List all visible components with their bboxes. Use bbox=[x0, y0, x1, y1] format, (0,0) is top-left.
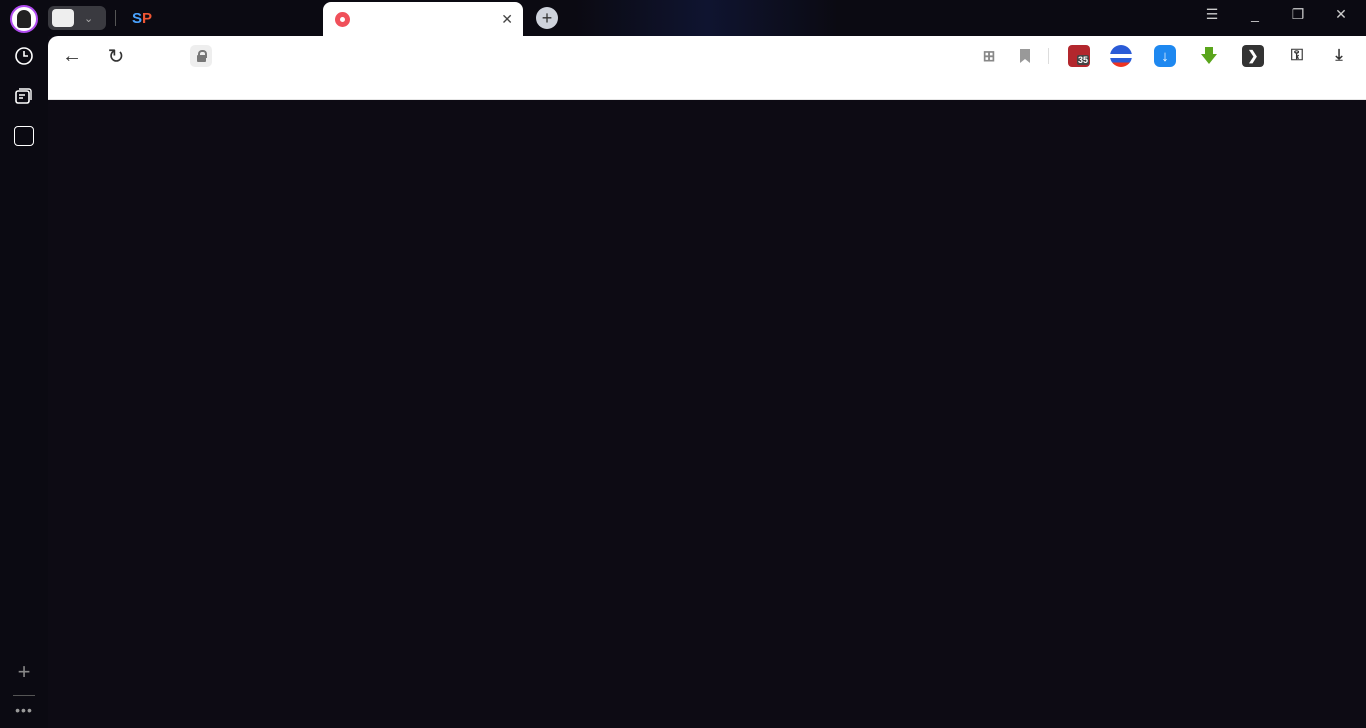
address-bar[interactable] bbox=[190, 40, 1010, 72]
minimize-icon: _ bbox=[1251, 6, 1259, 22]
green-download-icon bbox=[1199, 46, 1219, 66]
shield-icon: 35 bbox=[1077, 55, 1089, 65]
shield-extension[interactable]: 35 bbox=[1068, 45, 1090, 67]
person-icon bbox=[17, 10, 31, 28]
more-button[interactable]: ••• bbox=[12, 698, 36, 722]
bracket-icon: ❯ bbox=[1248, 48, 1259, 64]
green-extension[interactable] bbox=[1198, 45, 1220, 67]
sidebar-badge bbox=[14, 126, 34, 146]
bookmark-icon bbox=[1019, 48, 1031, 64]
tab-divider bbox=[115, 10, 116, 26]
reload-icon: ↻ bbox=[108, 44, 125, 69]
restore-icon: ❐ bbox=[1292, 6, 1305, 22]
sidebar-divider bbox=[13, 695, 35, 696]
chevron-down-icon: ⌄ bbox=[84, 12, 93, 25]
history-button[interactable] bbox=[12, 44, 36, 68]
plus-icon: + bbox=[18, 659, 31, 685]
tab-count bbox=[52, 9, 74, 27]
cards-icon bbox=[14, 86, 34, 106]
tab-group-button[interactable]: ⌄ bbox=[48, 6, 106, 30]
vpn-extension[interactable] bbox=[1110, 45, 1132, 67]
dots-icon: ••• bbox=[15, 702, 33, 718]
tab-task[interactable]: SP bbox=[122, 0, 320, 36]
collections-button[interactable] bbox=[12, 84, 36, 108]
minimize-button[interactable]: _ bbox=[1240, 6, 1270, 22]
tab-add-button[interactable]: ⊞ bbox=[978, 45, 1000, 67]
restore-button[interactable]: ❐ bbox=[1283, 6, 1313, 23]
tab-avito-active[interactable]: ✕ bbox=[323, 2, 523, 36]
clock-icon bbox=[14, 46, 34, 66]
download-extension[interactable]: ↓ bbox=[1154, 45, 1176, 67]
arrow-left-icon: ← bbox=[62, 45, 82, 68]
new-tab-button[interactable]: + bbox=[536, 7, 558, 29]
reload-button[interactable]: ↻ bbox=[104, 44, 128, 68]
sp-favicon-icon: SP bbox=[132, 10, 152, 27]
add-tab-icon: ⊞ bbox=[983, 47, 996, 65]
hamburger-icon: ☰ bbox=[1206, 6, 1219, 22]
browser-window: + ••• ⌄ SP ✕ + ☰ _ ❐ ✕ ← ↻ ⊞ 35 ↓ bbox=[0, 0, 1366, 728]
download-icon: ⤓ bbox=[1335, 47, 1342, 65]
address-toolbar: ← ↻ ⊞ 35 ↓ ❯ ⚿ ⤓ bbox=[48, 36, 1366, 76]
profile-avatar[interactable] bbox=[10, 5, 38, 33]
add-panel-button[interactable]: + bbox=[12, 660, 36, 684]
toolbar-divider bbox=[1048, 48, 1049, 64]
key-icon: ⚿ bbox=[1291, 47, 1303, 65]
tabs-counter-button[interactable] bbox=[12, 124, 36, 148]
downloads-button[interactable]: ⤓ bbox=[1328, 45, 1350, 67]
avito-favicon-icon bbox=[335, 12, 350, 27]
lock-icon bbox=[190, 45, 212, 67]
bookmark-button[interactable] bbox=[1014, 45, 1036, 67]
bracket-extension[interactable]: ❯ bbox=[1242, 45, 1264, 67]
passwords-button[interactable]: ⚿ bbox=[1286, 45, 1308, 67]
close-icon: ✕ bbox=[1335, 6, 1347, 22]
download-arrow-icon: ↓ bbox=[1161, 48, 1169, 65]
browser-sidebar: + ••• bbox=[0, 0, 48, 728]
plus-icon: + bbox=[542, 8, 553, 29]
menu-button[interactable]: ☰ bbox=[1197, 6, 1227, 23]
bookmarks-bar bbox=[48, 76, 1366, 100]
close-tab-icon[interactable]: ✕ bbox=[501, 11, 513, 28]
back-button[interactable]: ← bbox=[60, 44, 84, 68]
close-window-button[interactable]: ✕ bbox=[1326, 6, 1356, 23]
